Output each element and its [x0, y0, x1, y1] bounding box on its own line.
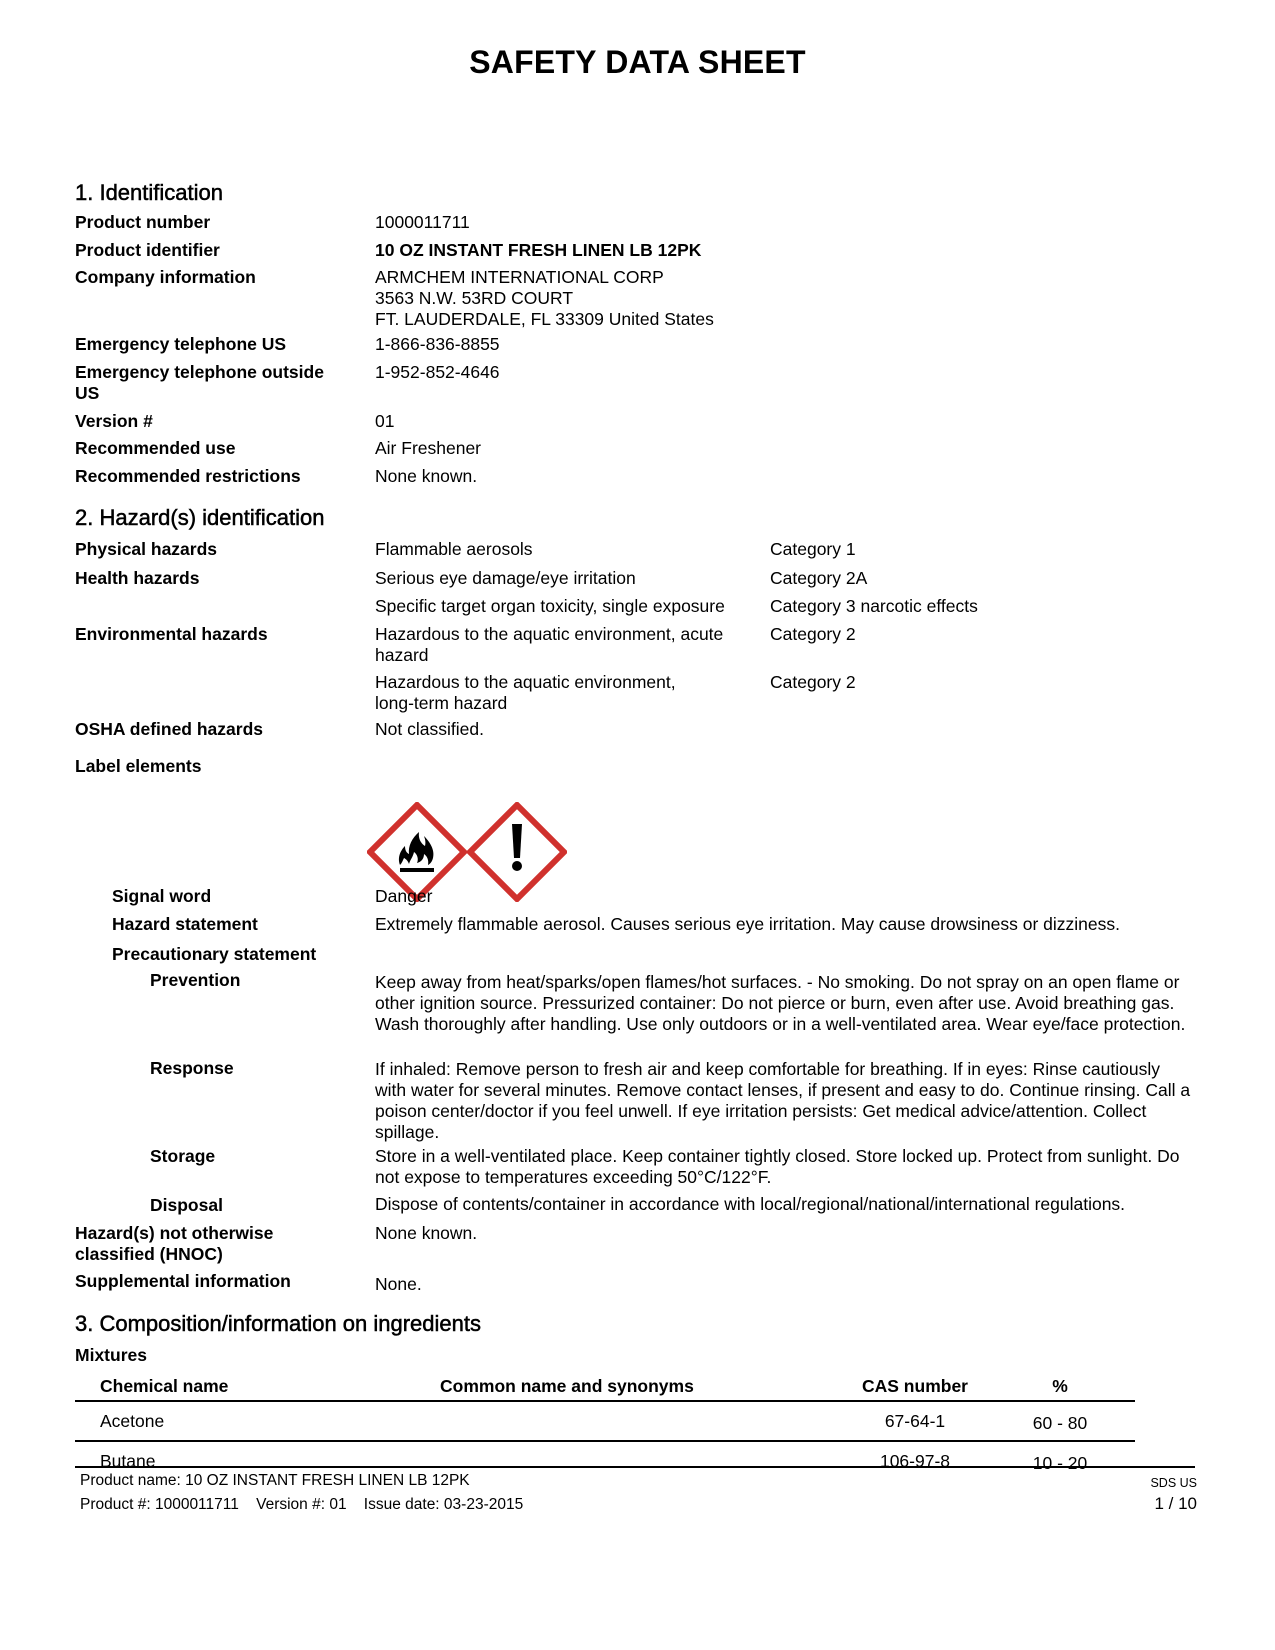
- chemical-name: Acetone: [75, 1401, 440, 1441]
- column-header: CAS number: [845, 1372, 985, 1401]
- section-2-heading: 2. Hazard(s) identification: [75, 505, 324, 531]
- hazard-category: Category 2A: [770, 568, 1170, 589]
- hazard-description: Flammable aerosols: [375, 539, 760, 560]
- hazard-category: Category 3 narcotic effects: [770, 596, 1170, 617]
- cas-number: 106-97-8: [845, 1441, 985, 1480]
- field-label: Hazard(s) not otherwise classified (HNOC…: [75, 1223, 305, 1265]
- document-title: SAFETY DATA SHEET: [0, 44, 1275, 81]
- footer-doc-type: SDS US: [1150, 1476, 1197, 1490]
- field-label: Product number: [75, 212, 365, 233]
- field-label: Label elements: [75, 756, 365, 777]
- hazard-statement: Extremely flammable aerosol. Causes seri…: [375, 914, 1195, 935]
- hazard-description: Specific target organ toxicity, single e…: [375, 596, 760, 617]
- field-label: Recommended use: [75, 438, 365, 459]
- signal-word: Danger: [375, 886, 1195, 907]
- prevention-text: Keep away from heat/sparks/open flames/h…: [375, 972, 1195, 1035]
- recommended-use: Air Freshener: [375, 438, 1195, 459]
- table-header-row: Chemical name Common name and synonyms C…: [75, 1372, 1135, 1401]
- field-label: Hazard statement: [112, 914, 402, 935]
- emergency-phone-us: 1-866-836-8855: [375, 334, 1195, 355]
- column-header: Common name and synonyms: [440, 1372, 845, 1401]
- percent: 60 - 80: [985, 1401, 1135, 1441]
- osha-defined-hazards: Not classified.: [375, 719, 1195, 740]
- table-row: Acetone 67-64-1 60 - 80: [75, 1401, 1135, 1441]
- field-label: OSHA defined hazards: [75, 719, 365, 740]
- field-label: Signal word: [112, 886, 402, 907]
- field-label: Recommended restrictions: [75, 466, 365, 487]
- hazard-description: Hazardous to the aquatic environment, lo…: [375, 672, 705, 714]
- hazard-description: Serious eye damage/eye irritation: [375, 568, 760, 589]
- hnoc-value: None known.: [375, 1223, 1195, 1244]
- storage-text: Store in a well-ventilated place. Keep c…: [375, 1146, 1195, 1188]
- footer-product-name: Product name: 10 OZ INSTANT FRESH LINEN …: [80, 1472, 470, 1490]
- hazard-category: Category 2: [770, 624, 1170, 645]
- field-label: Precautionary statement: [112, 944, 402, 965]
- emergency-phone-outside-us: 1-952-852-4646: [375, 362, 1195, 383]
- product-identifier: 10 OZ INSTANT FRESH LINEN LB 12PK: [375, 240, 1195, 261]
- hazard-class-label: Environmental hazards: [75, 624, 365, 645]
- composition-table: Chemical name Common name and synonyms C…: [75, 1372, 1135, 1480]
- company-information: ARMCHEM INTERNATIONAL CORP 3563 N.W. 53R…: [375, 267, 1195, 330]
- column-header: %: [985, 1372, 1135, 1401]
- recommended-restrictions: None known.: [375, 466, 1195, 487]
- cas-number: 67-64-1: [845, 1401, 985, 1441]
- section-1-heading: 1. Identification: [75, 180, 223, 206]
- disposal-text: Dispose of contents/container in accorda…: [375, 1194, 1195, 1215]
- common-name: [440, 1401, 845, 1441]
- mixtures-label: Mixtures: [75, 1345, 365, 1366]
- field-label: Supplemental information: [75, 1271, 365, 1292]
- field-label: Version #: [75, 411, 365, 432]
- hazard-category: Category 2: [770, 672, 1170, 693]
- footer-divider: [75, 1466, 1195, 1468]
- column-header: Chemical name: [75, 1372, 440, 1401]
- response-text: If inhaled: Remove person to fresh air a…: [375, 1059, 1195, 1143]
- footer-product-info: Product #: 1000011711 Version #: 01 Issu…: [80, 1496, 523, 1514]
- percent: 10 - 20: [985, 1441, 1135, 1480]
- common-name: [440, 1441, 845, 1480]
- page-number: 1 / 10: [1154, 1494, 1197, 1514]
- field-label: Company information: [75, 267, 365, 288]
- supplemental-value: None.: [375, 1274, 1195, 1295]
- hazard-category: Category 1: [770, 539, 1170, 560]
- field-label: Emergency telephone US: [75, 334, 365, 355]
- section-3-heading: 3. Composition/information on ingredient…: [75, 1311, 481, 1337]
- product-number: 1000011711: [375, 212, 1195, 233]
- field-label: Product identifier: [75, 240, 365, 261]
- hazard-description: Hazardous to the aquatic environment, ac…: [375, 624, 745, 666]
- field-label: Emergency telephone outside US: [75, 362, 340, 404]
- version-number: 01: [375, 411, 1195, 432]
- hazard-class-label: Physical hazards: [75, 539, 365, 560]
- hazard-class-label: Health hazards: [75, 568, 365, 589]
